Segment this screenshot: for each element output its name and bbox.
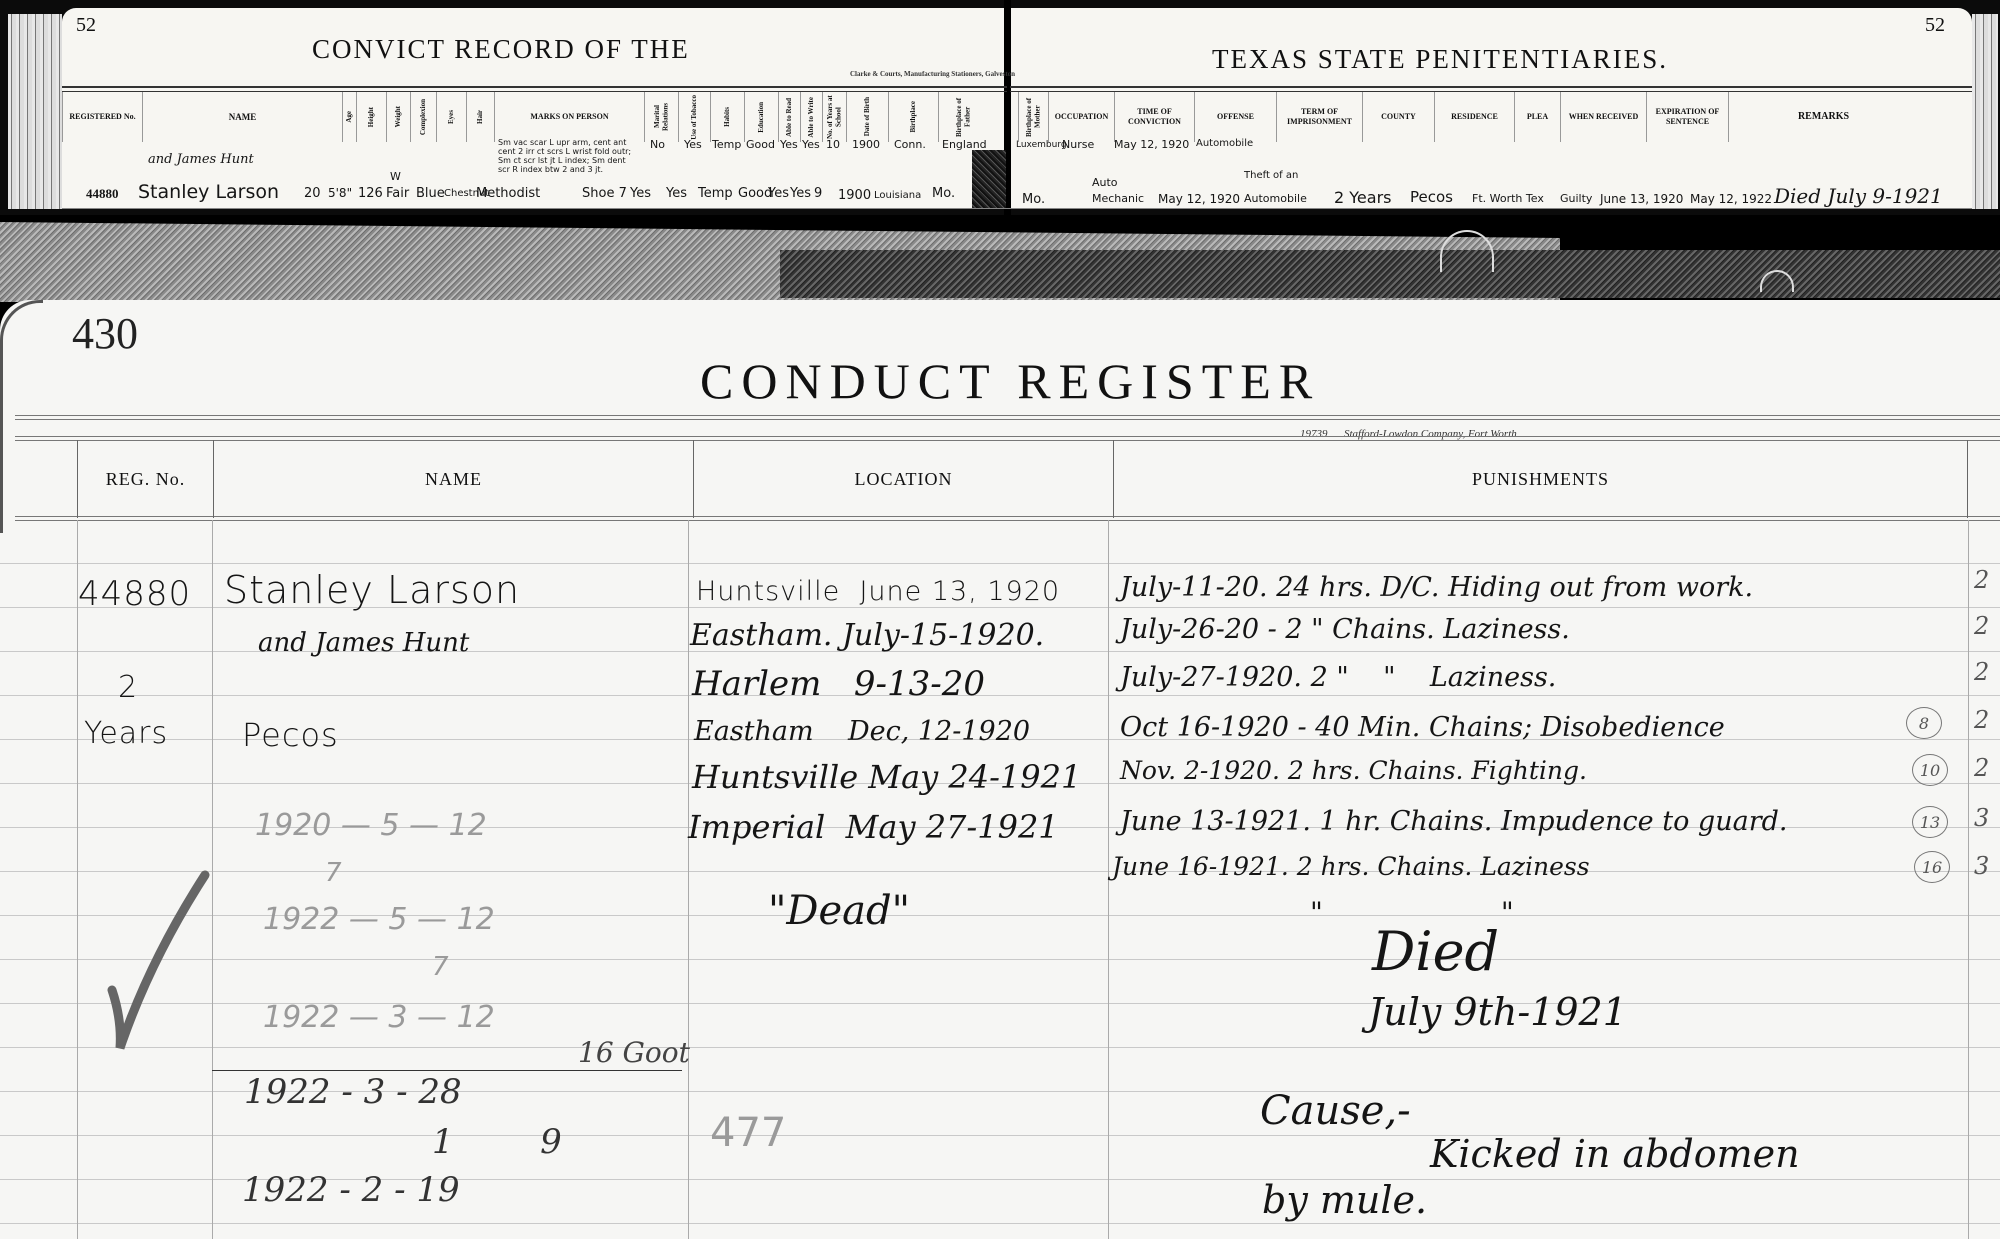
convict-habits: Temp [698,186,733,201]
margin-number: 3 [1974,804,1989,832]
entry-county: Pecos [242,716,339,754]
ledger-title-right: TEXAS STATE PENITENTIARIES. [1212,44,1668,75]
above-habits: Temp [712,138,741,151]
convict-offense-1: Theft of an [1244,170,1298,181]
col-when-received: WHEN RECEIVED [1560,92,1646,142]
convict-mother-birthplace: Mo. [1022,192,1045,207]
column-divider [1968,520,1969,1239]
convict-record-ledger: 52 52 CONVICT RECORD OF THE TEXAS STATE … [0,0,2000,215]
above-write: Yes [802,138,820,151]
margin-number: 3 [1974,852,1989,880]
cause-label: Cause,- [1260,1088,1411,1134]
above-occupation: Nurse [1062,138,1094,151]
col-education: Education [744,92,778,142]
col-registered-no: REGISTERED No. [62,92,142,142]
pencil-total: 16 Goot [578,1036,690,1069]
checkmark-icon [100,870,210,1050]
above-offense: Automobile [1196,138,1253,149]
col-height: Height [356,92,386,142]
location-entry: Eastham Dec, 12-1920 [694,716,1030,747]
pencil-calc: 1922 — 3 — 12 [263,1000,495,1035]
above-marital: No [650,138,665,151]
col-mother-birthplace: Birthplace of Mother [1018,92,1048,142]
convict-race-mark: W [390,170,401,183]
punishment-entry: July-26-20 - 2 " Chains. Laziness. [1120,614,1570,645]
above-conviction: May 12, 1920 [1114,138,1189,151]
convict-read: Yes [768,186,789,201]
ledger-printer: Clarke & Courts, Manufacturing Stationer… [850,70,1015,78]
pencil-calc: 1920 — 5 — 12 [255,808,487,843]
convict-name: Stanley Larson [138,181,279,203]
above-education: Good [746,138,775,151]
punishment-entry: June 16-1921. 2 hrs. Chains. Laziness [1112,852,1590,881]
location-place: Eastham. [690,618,832,653]
location-date: May 24-1921 [868,758,1081,796]
punishment-entry: July-11-20. 24 hrs. D/C. Hiding out from… [1120,572,1753,603]
col-tobacco: Use of Tobacco [678,92,710,142]
cause-of-death-line1: Kicked in abdomen [1430,1132,1800,1176]
entry-term-unit: Years [84,716,168,751]
above-mother-birthplace: Luxemburg [1016,140,1067,150]
col-expiration: EXPIRATION OF SENTENCE [1646,92,1728,142]
convict-school-years: 9 [814,186,822,201]
margin-number: 2 [1974,658,1989,686]
col-complexion: Complexion [410,92,436,142]
col-birthplace: Birthplace [888,92,938,142]
cause-of-death-line2: by mule. [1262,1178,1427,1222]
ledger-title-left: CONVICT RECORD OF THE [312,34,690,65]
convict-occupation-2: Mechanic [1092,192,1144,205]
margin-number: 2 [1974,612,1989,640]
entry-name: Stanley Larson [224,568,520,612]
col-offense: OFFENSE [1194,92,1276,142]
register-title: CONDUCT REGISTER [700,352,1320,410]
margin-number: 2 [1974,706,1989,734]
margin-number: 2 [1974,754,1989,782]
col-location: LOCATION [693,440,1113,518]
punishment-entry: June 13-1921. 1 hr. Chains. Impudence to… [1120,806,1787,837]
pencil-calc: 7 [325,858,342,888]
col-date-of-birth: Date of Birth [846,92,888,142]
death-date: July 9th-1921 [1368,990,1627,1034]
convict-height: 5'8" [328,186,352,200]
convict-father-birthplace: Mo. [932,186,955,201]
col-read: Able to Read [778,92,800,142]
col-habits: Habits [710,92,744,142]
col-father-birthplace: Birthplace of Father [938,92,988,142]
convict-county: Pecos [1410,188,1453,206]
above-birthplace: Conn. [894,138,926,151]
column-divider [212,520,213,1239]
location-status-dead: "Dead" [768,888,910,934]
column-divider [77,520,78,1239]
location-place: Huntsville [692,758,858,796]
convict-birth-year: 1900 [838,188,871,203]
left-page-number: 52 [76,14,96,37]
location-note: 477 [710,1110,786,1156]
location-place: Huntsville [696,576,840,607]
punishment-entry: Oct 16-1920 - 40 Min. Chains; Disobedien… [1120,712,1725,743]
col-marital: Marital Relations [644,92,678,142]
convict-weight: 126 [358,186,383,201]
col-age: Age [342,92,356,142]
convict-complexion: Fair [386,186,409,201]
col-time-of-conviction: TIME OF CONVICTION [1114,92,1194,142]
convict-age: 20 [304,186,321,201]
punishment-entry: Nov. 2-1920. 2 hrs. Chains. Fighting. [1120,756,1587,785]
col-eyes: Eyes [436,92,466,142]
location-entry: Huntsville May 24-1921 [692,758,1081,796]
convict-offense-2: Automobile [1244,192,1307,205]
convict-eyes: Blue [416,186,445,201]
page-edges-right [1972,14,1998,209]
above-school: 10 [826,138,840,151]
co-defendant-note: and James Hunt [148,152,254,167]
col-reg-no: REG. No. [77,440,213,518]
col-remarks: REMARKS [1728,92,1918,142]
location-place: Imperial [688,808,825,846]
col-name: NAME [213,440,693,518]
location-date: 9-13-20 [854,664,985,704]
marks-on-person-above: Sm vac scar L upr arm, cent ant cent 2 i… [498,138,638,174]
convict-birthplace: Louisiana [874,190,921,201]
convict-shoe-size: Shoe 7 [582,186,627,201]
circled-number: 10 [1912,754,1948,786]
sum-underline [212,1070,682,1071]
col-plea: PLEA [1514,92,1560,142]
location-date: June 13, 1920 [859,576,1060,607]
column-divider [1108,520,1109,1239]
pencil-result: 1922 - 3 - 28 [244,1072,462,1112]
convict-term: 2 Years [1334,188,1391,207]
convict-remarks: Died July 9-1921 [1774,184,1943,208]
scan-shadow [972,150,1006,208]
convict-religion: Methodist [476,186,540,201]
location-place: Eastham [694,716,814,747]
right-page-number: 52 [1925,14,1945,37]
register-rule-top [15,415,2000,420]
col-hair: Hair [466,92,494,142]
col-occupation: OCCUPATION [1048,92,1114,142]
convict-residence: Ft. Worth Tex [1472,192,1544,205]
register-page-number: 430 [72,308,138,359]
pencil-calc: 1922 — 5 — 12 [263,902,495,937]
above-tobacco: Yes [684,138,702,151]
location-place: Harlem [692,664,821,704]
above-read: Yes [780,138,798,151]
col-write: Able to Write [800,92,822,142]
pencil-result: 1922 - 2 - 19 [242,1170,460,1210]
convict-tobacco: Yes [666,186,687,201]
convict-write: Yes [790,186,811,201]
death-label: Died [1372,920,1499,983]
convict-conviction-date: May 12, 1920 [1158,192,1240,206]
col-residence: RESIDENCE [1434,92,1514,142]
punishment-entry: July-27-1920. 2 " " Laziness. [1120,662,1556,693]
location-entry: Huntsville June 13, 1920 [696,576,1060,607]
col-term-of-imprisonment: TERM OF IMPRISONMENT [1276,92,1362,142]
circled-number: 16 [1914,851,1950,883]
pencil-result: 1 9 [432,1122,562,1162]
row-rule [62,208,1972,209]
cloth-spine-band-dark [780,250,2000,298]
convict-reg-no: 44880 [86,186,119,202]
location-entry: Eastham. July-15-1920. [690,618,1044,653]
col-marks-on-person: MARKS ON PERSON [494,92,644,142]
col-county: COUNTY [1362,92,1434,142]
location-date: May 27-1921 [846,808,1059,846]
above-birth: 1900 [852,138,880,151]
circled-number: 8 [1906,707,1942,739]
convict-expiration: May 12, 1922 [1690,192,1772,206]
location-date: July-15-1920. [842,618,1044,653]
column-divider [688,520,689,1239]
pencil-calc: 7 [432,952,449,982]
convict-marital: Yes [630,186,651,201]
entry-co-defendant: and James Hunt [258,628,469,658]
location-entry: Harlem 9-13-20 [692,664,985,704]
margin-number: 2 [1974,566,1989,594]
col-school-years: No. of Years at School [822,92,846,142]
col-weight: Weight [386,92,410,142]
col-punishments: PUNISHMENTS [1113,440,1968,518]
location-date: Dec, 12-1920 [848,716,1030,747]
page-edges-left [8,14,62,209]
convict-plea: Guilty [1560,192,1592,205]
convict-occupation-1: Auto [1092,176,1118,189]
convict-received: June 13, 1920 [1600,192,1683,206]
col-name: NAME [142,92,342,142]
entry-term-number: 2 [118,670,138,705]
entry-reg-no: 44880 [78,574,191,614]
location-entry: Imperial May 27-1921 [688,808,1059,846]
circled-number: 13 [1912,806,1948,838]
